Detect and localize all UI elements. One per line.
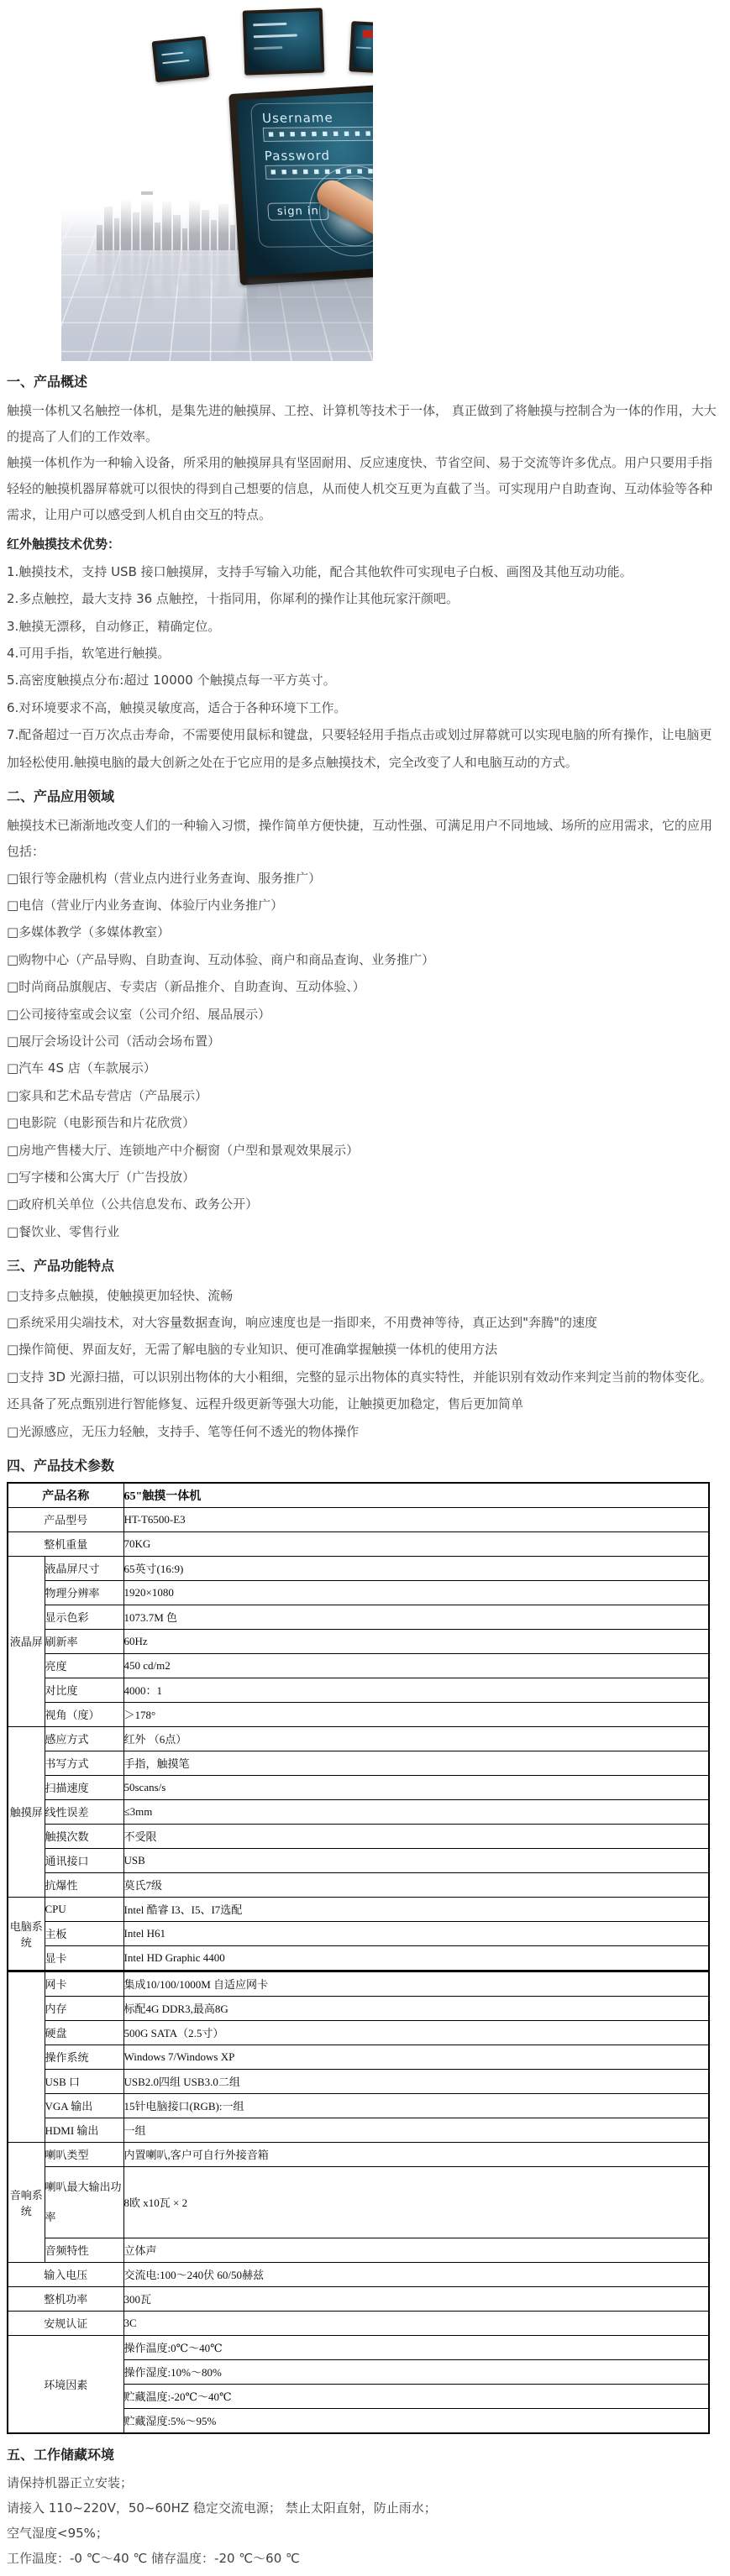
spec-value-cell: 莫氏7级 xyxy=(123,1872,709,1897)
feature-item: □支持多点触摸，使触摸更加轻快、流畅 xyxy=(7,1282,722,1309)
spec-value-cell: 60Hz xyxy=(123,1629,709,1653)
spec-label-cell: VGA 输出 xyxy=(45,2093,123,2118)
spec-value-cell: 1920×1080 xyxy=(123,1580,709,1605)
spec-value-cell: 65英寸(16:9) xyxy=(123,1556,709,1580)
spec-label-cell: 硬盘 xyxy=(45,2020,123,2045)
hero-monitor-small-1 xyxy=(152,36,210,82)
application-item: □餐饮业、零售行业 xyxy=(7,1218,722,1245)
spec-value-cell: 集成10/100/1000M 自适应网卡 xyxy=(123,1971,709,1996)
building-silhouette xyxy=(182,250,187,272)
overview-paragraph-1: 触摸一体机又名触控一体机，是集先进的触摸屏、工控、计算机等技术于一体， 真正做到… xyxy=(7,398,722,450)
application-item: □汽车 4S 店（车款展示） xyxy=(7,1055,722,1081)
spec-label-cell: 物理分辨率 xyxy=(45,1580,123,1605)
spec-label-cell: 主板 xyxy=(45,1921,123,1945)
spec-label-cell: HDMI 输出 xyxy=(45,2118,123,2142)
spec-group-cell: 液晶屏 xyxy=(8,1556,45,1726)
spec-value-cell: 一组 xyxy=(123,2118,709,2142)
storage-line: 请接入 110~220V，50~60HZ 稳定交流电源； 禁止太阳直射，防止雨水… xyxy=(7,2495,722,2521)
monitor-screen: Username ■ ■ ■ ■ ■ ■ ■ ■ ■ ■ ■ ■ Passwor… xyxy=(237,92,373,276)
spec-label-cell: 亮度 xyxy=(45,1653,123,1678)
infrared-advantages-list: 1.触摸技术，支持 USB 接口触摸屏，支持手写输入功能，配合其他软件可实现电子… xyxy=(7,558,722,776)
spec-value-cell: Intel H61 xyxy=(123,1921,709,1945)
building-silhouette xyxy=(97,250,102,275)
building-silhouette xyxy=(189,250,200,304)
applications-list: □银行等金融机构（营业点内进行业务查询、服务推广）□电信（营业厅内业务查询、体验… xyxy=(7,865,722,1245)
application-item: □电影院（电影预告和片花欣赏） xyxy=(7,1109,722,1136)
spec-group-cell: 音响系统 xyxy=(8,2142,45,2262)
spec-value-cell: USB2.0四组 USB3.0二组 xyxy=(123,2069,709,2093)
building-silhouette xyxy=(155,250,160,278)
spec-label-cell: 产品名称 xyxy=(8,1483,123,1508)
username-field: ■ ■ ■ ■ ■ ■ ■ ■ ■ ■ ■ ■ xyxy=(263,127,373,142)
overview-paragraph-2: 触摸一体机作为一种输入设备，所采用的触摸屏具有坚固耐用、反应速度快、节省空间、易… xyxy=(7,450,722,528)
spec-value-cell: 交流电:100～240伏 60/50赫兹 xyxy=(123,2262,709,2286)
spec-group-cell: 环境因素 xyxy=(8,2335,123,2433)
storage-line: 空气湿度<95%； xyxy=(7,2521,722,2546)
spec-label-cell: 产品型号 xyxy=(8,1507,123,1531)
spec-label-cell: USB 口 xyxy=(45,2069,123,2093)
spec-value-cell: 1073.7M 色 xyxy=(123,1605,709,1629)
spec-label-cell: CPU xyxy=(45,1897,123,1921)
spec-value-cell: 贮藏温度:-20℃～40℃ xyxy=(123,2384,709,2408)
spec-value-cell: 操作温度:0℃～40℃ xyxy=(123,2335,709,2359)
features-list: □支持多点触摸，使触摸更加轻快、流畅□系统采用尖端技术，对大容量数据查询，响应速… xyxy=(7,1282,722,1445)
spec-value-cell: 红外 （6点） xyxy=(123,1726,709,1751)
storage-line: 请保持机器正立安装； xyxy=(7,2470,722,2495)
spec-value-cell: ＞178° xyxy=(123,1702,709,1726)
spec-label-cell: 显示色彩 xyxy=(45,1605,123,1629)
monitor-screen xyxy=(155,39,206,79)
spec-label-cell: 音频特性 xyxy=(45,2238,123,2262)
infrared-item: 7.配备超过一百万次点击寿命，不需要使用鼠标和键盘，只要轻轻用手指点击或划过屏幕… xyxy=(7,721,722,776)
storage-line: 工作温度：-0 ℃～40 ℃ 储存温度：-20 ℃～60 ℃ xyxy=(7,2546,722,2571)
spec-label-cell: 对比度 xyxy=(45,1678,123,1702)
spec-value-cell: 70KG xyxy=(123,1531,709,1556)
application-item: □时尚商品旗舰店、专卖店（新品推介、自助查询、互动体验、） xyxy=(7,973,722,1000)
storage-section: 五、工作储藏环境 请保持机器正立安装；请接入 110~220V，50~60HZ … xyxy=(7,2444,722,2572)
monitor-screen xyxy=(246,12,321,72)
building-silhouette xyxy=(202,250,209,291)
feature-item: □系统采用尖端技术，对大容量数据查询，响应速度也是一指即来，不用费神等待，真正达… xyxy=(7,1309,722,1336)
spec-value-cell: Intel HD Graphic 4400 xyxy=(123,1945,709,1971)
spec-label-cell: 刷新率 xyxy=(45,1629,123,1653)
building-silhouette xyxy=(114,250,119,282)
spec-label-cell: 书写方式 xyxy=(45,1751,123,1775)
spec-label-cell: 操作系统 xyxy=(45,2045,123,2069)
spec-label-cell: 抗爆性 xyxy=(45,1872,123,1897)
spec-label-cell: 整机重量 xyxy=(8,1531,123,1556)
spec-label-cell: 触摸次数 xyxy=(45,1824,123,1848)
application-item: □多媒体教学（多媒体教室） xyxy=(7,919,722,945)
infrared-item: 3.触摸无漂移，自动修正，精确定位。 xyxy=(7,613,722,640)
spec-value-cell: 操作湿度:10%～80% xyxy=(123,2359,709,2384)
application-item: □家具和艺术品专营店（产品展示） xyxy=(7,1082,722,1109)
section-title-specs: 四、产品技术参数 xyxy=(7,1455,722,1477)
hero-monitor-large: Username ■ ■ ■ ■ ■ ■ ■ ■ ■ ■ ■ ■ Passwor… xyxy=(228,84,373,285)
section-title-features: 三、产品功能特点 xyxy=(7,1255,722,1277)
hero-monitor-edge xyxy=(349,21,373,73)
document-content: 一、产品概述 触摸一体机又名触控一体机，是集先进的触摸屏、工控、计算机等技术于一… xyxy=(0,371,730,2576)
spec-label-cell: 喇叭类型 xyxy=(45,2142,123,2166)
monitor-screen xyxy=(353,24,373,69)
spec-value-cell: HT-T6500-E3 xyxy=(123,1507,709,1531)
spec-value-cell: 15针电脑接口(RGB):一组 xyxy=(123,2093,709,2118)
hero-monitor-small-2 xyxy=(243,8,325,75)
application-item: □电信（营业厅内业务查询、体验厅内业务推广） xyxy=(7,892,722,919)
infrared-item: 2.多点触控，最大支持 36 点触控，十指同用，你犀利的操作让其他玩家汗颜吧。 xyxy=(7,585,722,612)
spec-label-cell: 整机功率 xyxy=(8,2286,123,2311)
product-page: Username ■ ■ ■ ■ ■ ■ ■ ■ ■ ■ ■ ■ Passwor… xyxy=(0,0,730,2576)
feature-item: □支持 3D 光源扫描，可以识别出物体的大小粗细，完整的显示出物体的真实特性，并… xyxy=(7,1364,722,1418)
spec-label-cell: 感应方式 xyxy=(45,1726,123,1751)
infrared-item: 6.对环境要求不高，触摸灵敏度高，适合于各种环境下工作。 xyxy=(7,694,722,721)
spec-value-cell: 手指，触摸笔 xyxy=(123,1751,709,1775)
spec-value-cell: 450 cd/m2 xyxy=(123,1653,709,1678)
storage-lines: 请保持机器正立安装；请接入 110~220V，50~60HZ 稳定交流电源； 禁… xyxy=(7,2470,722,2571)
spec-label-cell: 内存 xyxy=(45,1996,123,2020)
spec-label-cell: 扫描速度 xyxy=(45,1775,123,1799)
hero-image: Username ■ ■ ■ ■ ■ ■ ■ ■ ■ ■ ■ ■ Passwor… xyxy=(61,0,373,361)
spec-group-cell: 电脑系统 xyxy=(8,1897,45,1971)
spec-label-cell: 网卡 xyxy=(45,1971,123,1996)
application-item: □展厅会场设计公司（活动会场布置） xyxy=(7,1028,722,1055)
spec-table: 产品名称65"触摸一体机产品型号HT-T6500-E3整机重量70KG液晶屏液晶… xyxy=(7,1482,710,2434)
application-item: □银行等金融机构（营业点内进行业务查询、服务推广） xyxy=(7,865,722,892)
spec-value-cell: 8欧 x10瓦 × 2 xyxy=(123,2166,709,2238)
application-item: □购物中心（产品导购、自助查询、互动体验、商户和商品查询、业务推广） xyxy=(7,946,722,973)
infrared-advantages-title: 红外触摸技术优势： xyxy=(7,531,722,557)
spec-group-cell xyxy=(8,1971,45,2142)
spec-label-cell: 液晶屏尺寸 xyxy=(45,1556,123,1580)
building-silhouette xyxy=(133,250,139,288)
application-item: □写字楼和公寓大厅（广告投放） xyxy=(7,1164,722,1191)
building-silhouette xyxy=(218,250,228,296)
infrared-item: 4.可用手指，软笔进行触摸。 xyxy=(7,640,722,667)
spec-value-cell: 300瓦 xyxy=(123,2286,709,2311)
spec-group-cell: 触摸屏 xyxy=(8,1726,45,1897)
section-title-applications: 二、产品应用领域 xyxy=(7,786,722,808)
section-title-storage: 五、工作储藏环境 xyxy=(7,2444,722,2466)
spec-label-cell: 喇叭最大输出功率 xyxy=(45,2166,123,2238)
spec-value-cell: 500G SATA（2.5寸） xyxy=(123,2020,709,2045)
application-item: □房地产售楼大厅、连锁地产中介橱窗（户型和景观效果展示） xyxy=(7,1137,722,1164)
spec-value-cell: 65"触摸一体机 xyxy=(123,1483,709,1508)
password-label: Password xyxy=(264,147,373,164)
spec-label-cell: 显卡 xyxy=(45,1945,123,1971)
section-title-overview: 一、产品概述 xyxy=(7,371,722,393)
spec-label-cell: 视角（度） xyxy=(45,1702,123,1726)
feature-item: □光源感应，无压力轻触，支持手、笔等任何不透光的物体操作 xyxy=(7,1418,722,1445)
monitor-reflection xyxy=(234,279,373,359)
spec-label-cell: 输入电压 xyxy=(8,2262,123,2286)
spec-label-cell: 通讯接口 xyxy=(45,1848,123,1872)
building-silhouette xyxy=(121,250,131,301)
building-silhouette xyxy=(211,250,217,280)
spec-value-cell: 立体声 xyxy=(123,2238,709,2262)
building-silhouette xyxy=(173,250,181,285)
building-silhouette xyxy=(230,250,235,275)
spec-label-cell: 线性误差 xyxy=(45,1799,123,1824)
spec-value-cell: Intel 酷睿 I3、I5、I7选配 xyxy=(123,1897,709,1921)
spec-value-cell: 4000：1 xyxy=(123,1678,709,1702)
spec-value-cell: 内置喇叭,客户可自行外接音箱 xyxy=(123,2142,709,2166)
spec-label-cell: 安规认证 xyxy=(8,2311,123,2335)
infrared-item: 5.高密度触摸点分布:超过 10000 个触摸点每一平方英寸。 xyxy=(7,667,722,694)
applications-intro: 触摸技术已渐渐地改变人们的一种输入习惯，操作简单方便快捷，互动性强、可满足用户不… xyxy=(7,813,722,865)
building-silhouette xyxy=(104,250,113,294)
spec-value-cell: 3C xyxy=(123,2311,709,2335)
feature-item: □操作简便、界面友好，无需了解电脑的专业知识、便可准确掌握触摸一体机的使用方法 xyxy=(7,1336,722,1363)
infrared-item: 1.触摸技术，支持 USB 接口触摸屏，支持手写输入功能，配合其他软件可实现电子… xyxy=(7,558,722,585)
spec-value-cell: 不受限 xyxy=(123,1824,709,1848)
spec-value-cell: ≤3mm xyxy=(123,1799,709,1824)
application-item: □公司接待室或会议室（公司介绍、展品展示） xyxy=(7,1001,722,1028)
username-label: Username xyxy=(262,109,373,126)
red-sign xyxy=(363,30,373,39)
building-silhouette xyxy=(162,250,171,299)
spec-value-cell: 50scans/s xyxy=(123,1775,709,1799)
spec-value-cell: 贮藏湿度:5%～95% xyxy=(123,2408,709,2433)
building-silhouette xyxy=(141,250,153,309)
spec-value-cell: Windows 7/Windows XP xyxy=(123,2045,709,2069)
spec-value-cell: USB xyxy=(123,1848,709,1872)
application-item: □政府机关单位（公共信息发布、政务公开） xyxy=(7,1191,722,1217)
spec-value-cell: 标配4G DDR3,最高8G xyxy=(123,1996,709,2020)
